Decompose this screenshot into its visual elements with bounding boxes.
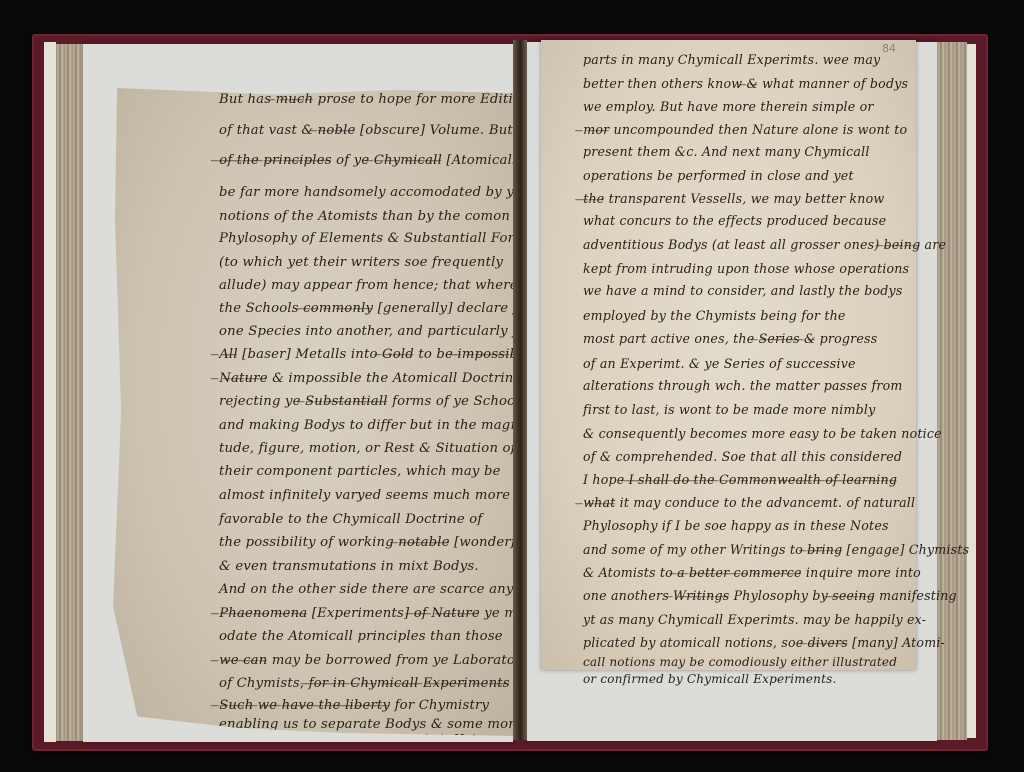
manuscript-line: adventitious Bodys (at least all grosser… [583,237,946,252]
right-flyleaf-edge [967,44,976,738]
manuscript-line: we have a mind to consider, and lastly t… [583,283,903,298]
book-gutter [513,40,527,740]
left-manuscript-leaf: But has ̶m̶u̶c̶h̶ prose to hope for more… [113,88,518,736]
manuscript-line: present them &c. And next many Chymicall [583,144,870,159]
manuscript-line: odate the Atomicall principles than thos… [219,629,503,644]
manuscript-line: of an Experimt. & ye Series of successiv… [583,356,856,371]
manuscript-line: or confirmed by Chymicall Experiments. [583,672,836,686]
manuscript-line: alterations through wch. the matter pass… [583,378,903,393]
manuscript-line: one anothers ̶W̶r̶i̶t̶i̶n̶g̶s̶ Phylosoph… [583,588,957,603]
manuscript-line: we employ. But have more therein simple … [583,99,874,114]
manuscript-line: & consequently becomes more easy to be t… [583,426,942,441]
manuscript-line: and making Bodys to differ but in the ma… [219,418,528,433]
manuscript-line: better then others know ̶&̶ what manner … [583,76,908,91]
manuscript-line: operations be performed in close and yet [583,168,854,183]
manuscript-line: kept from intruding upon those whose ope… [583,261,909,276]
manuscript-line: call notions may be comodiously either i… [583,655,897,669]
manuscript-line: But has ̶m̶u̶c̶h̶ prose to hope for more… [219,92,530,107]
manuscript-line: And on the other side there are scarce a… [219,582,514,597]
manuscript-line: parts in many Chymicall Experimts. wee m… [583,52,880,67]
left-flyleaf-edge [44,42,56,742]
manuscript-line: (to which yet their writers soe frequent… [219,255,503,270]
manuscript-line: most part active ones, the ̶S̶e̶r̶i̶e̶s̶… [583,331,877,346]
manuscript-line: of & comprehended. Soe that all this con… [583,449,902,464]
manuscript-line: Phylosophy of Elements & Substantiall Fo… [219,231,534,246]
manuscript-line: I hope ̶I̶ ̶s̶h̶a̶l̶l̶ ̶d̶o̶ ̶t̶h̶e̶ ̶C̶… [583,472,897,487]
manuscript-line: yt as many Chymicall Experimts. may be h… [583,612,926,627]
manuscript-line: almost infinitely varyed seems much more [219,488,510,503]
manuscript-line: first to last, is wont to be made more n… [583,402,875,417]
manuscript-line: what concurs to the effects produced bec… [583,213,886,228]
manuscript-line: & even transmutations in mixt Bodys. [219,559,479,574]
right-manuscript-leaf: 84 parts in many Chymicall Experimts. we… [541,40,916,670]
manuscript-line: plicated by atomicall notions, soe ̶d̶i̶… [583,635,945,650]
manuscript-line: allude) may appear from hence; that wher… [219,278,533,293]
manuscript-line: their component particles, which may be [219,464,501,479]
manuscript-line: tude, figure, motion, or Rest & Situatio… [219,441,516,456]
manuscript-line: ̶N̶a̶t̶u̶r̶e̶ & impossible the Atomicall… [219,371,521,386]
manuscript-line: favorable to the Chymicall Doctrine of [219,512,482,527]
manuscript-line: and some of my other Writings to ̶b̶r̶i̶… [583,542,969,557]
manuscript-line: Phylosophy if I be soe happy as in these… [583,518,889,533]
left-page-edges [56,44,83,741]
manuscript-line: ̶S̶u̶c̶h̶ ̶w̶e̶ ̶h̶a̶v̶e̶ ̶t̶h̶e̶ ̶l̶i̶b… [219,698,489,713]
manuscript-line: ̶w̶h̶a̶t̶ it may conduce to the advancem… [583,495,915,510]
manuscript-line: rejecting ye ̶S̶u̶b̶s̶t̶a̶n̶t̶i̶a̶l̶l̶ f… [219,394,527,409]
manuscript-line: of Chymists, ̶f̶o̶r̶ ̶i̶n̶ ̶C̶h̶y̶m̶i̶c̶… [219,676,510,691]
manuscript-line: ̶m̶o̶r̶ uncompounded then Nature alone i… [583,122,907,137]
manuscript-line: ̶w̶e̶ ̶c̶a̶n̶ may be borrowed from ye La… [219,653,536,668]
manuscript-line: one Species into another, and particular… [219,324,545,339]
manuscript-line: notions of the Atomists than by the como… [219,209,510,224]
manuscript-line: ̶t̶h̶e̶ transparent Vessells, we may bet… [583,191,884,206]
manuscript-line: & Atomists to ̶a̶ ̶b̶e̶t̶t̶e̶r̶ ̶c̶o̶m̶m… [583,565,921,580]
manuscript-line: employed by the Chymists being for the [583,308,846,323]
folio-number: 84 [882,42,896,55]
